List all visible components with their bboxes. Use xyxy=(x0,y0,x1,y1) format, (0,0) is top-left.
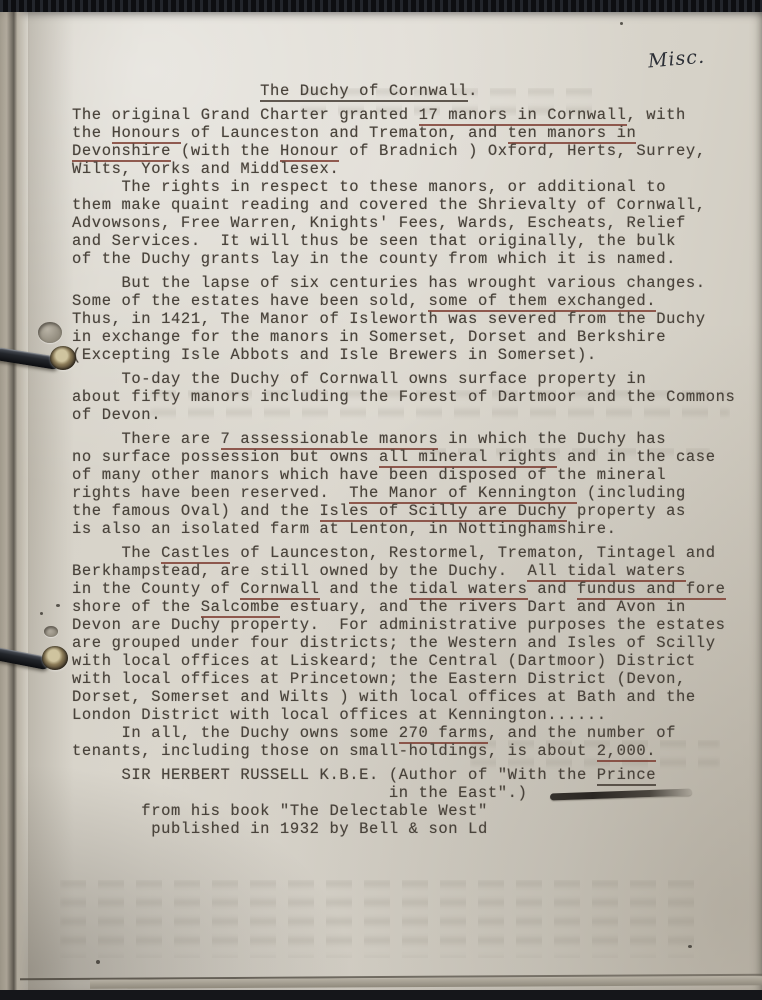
left-page-gutter xyxy=(0,12,30,990)
paragraph-assessionable: There are 7 assessionable manors in whic… xyxy=(72,430,735,538)
text-segment: is also an isolated farm at Lenton, in N… xyxy=(72,520,617,538)
punched-hole-top xyxy=(38,322,62,343)
text-line: But the lapse of six centuries has wroug… xyxy=(72,274,735,292)
text-segment: with local offices at Princetown; the Ea… xyxy=(72,670,686,688)
text-segment: in which the Duchy has xyxy=(438,430,666,448)
text-line: Devon are Duchy property. For administra… xyxy=(72,616,735,634)
text-segment: The Manor of Kennington xyxy=(349,484,577,504)
text-line: are grouped under four districts; the We… xyxy=(72,634,735,652)
text-segment: some of them exchanged. xyxy=(428,292,656,312)
text-segment: ten manors in xyxy=(508,124,637,144)
text-segment: 2,000. xyxy=(597,742,656,762)
text-line: the Honours of Launceston and Trematon, … xyxy=(72,124,735,142)
text-segment: 270 farms xyxy=(399,724,488,744)
text-line: them make quaint reading and covered the… xyxy=(72,196,735,214)
text-line: published in 1932 by Bell & son Ld xyxy=(72,820,735,838)
text-line: is also an isolated farm at Lenton, in N… xyxy=(72,520,735,538)
text-line: The original Grand Charter granted 17 ma… xyxy=(72,106,735,124)
text-segment: All tidal waters xyxy=(527,562,685,582)
paper-speck xyxy=(56,604,60,607)
text-line: with local offices at Liskeard; the Cent… xyxy=(72,652,735,670)
text-segment: 17 manors in Cornwall xyxy=(419,106,627,126)
text-segment: But the lapse of six centuries has wroug… xyxy=(72,274,706,292)
text-segment: from his book "The Delectable West" xyxy=(72,802,488,820)
text-segment: the famous Oval) and the xyxy=(72,502,320,520)
text-segment: , and the number of xyxy=(488,724,676,742)
paragraph-castles: The Castles of Launceston, Restormel, Tr… xyxy=(72,544,735,760)
text-segment: tidal waters xyxy=(409,580,528,600)
text-segment xyxy=(72,82,260,100)
text-line: The Duchy of Cornwall. xyxy=(72,82,735,100)
text-segment: Honour xyxy=(280,142,339,162)
text-segment: Wilts, Yorks and Middlesex. xyxy=(72,160,339,178)
text-line: of the Duchy grants lay in the county fr… xyxy=(72,250,735,268)
text-segment: and xyxy=(528,580,578,598)
text-segment: in the County of xyxy=(72,580,240,598)
text-line: To-day the Duchy of Cornwall owns surfac… xyxy=(72,370,735,388)
punched-hole-bottom xyxy=(44,626,58,637)
text-line: There are 7 assessionable manors in whic… xyxy=(72,430,735,448)
text-segment: of Devon. xyxy=(72,406,161,424)
handwritten-misc-note: Misc. xyxy=(647,46,706,73)
text-segment: tenants, including those on small-holdin… xyxy=(72,742,597,760)
text-segment: rights have been reserved. xyxy=(72,484,349,502)
text-segment: In all, the Duchy owns some xyxy=(72,724,399,742)
text-segment: To-day the Duchy of Cornwall owns surfac… xyxy=(72,370,646,388)
text-segment: of Launceston, Restormel, Trematon, Tint… xyxy=(230,544,715,562)
text-segment: with local offices at Liskeard; the Cent… xyxy=(72,652,696,670)
ring-grommet-top xyxy=(50,346,76,370)
text-line: from his book "The Delectable West" xyxy=(72,802,735,820)
text-segment: Honours xyxy=(112,124,181,144)
text-line: with local offices at Princetown; the Ea… xyxy=(72,670,735,688)
text-line: rights have been reserved. The Manor of … xyxy=(72,484,735,502)
text-segment: of Launceston and Trematon, and xyxy=(181,124,508,142)
text-segment: all mineral rights xyxy=(379,448,557,468)
text-segment: of the Duchy grants lay in the county fr… xyxy=(72,250,676,268)
text-line: tenants, including those on small-holdin… xyxy=(72,742,735,760)
text-line: of many other manors which have been dis… xyxy=(72,466,735,484)
text-line: The rights in respect to these manors, o… xyxy=(72,178,735,196)
text-segment: are grouped under four districts; the We… xyxy=(72,634,716,652)
paper-speck xyxy=(96,960,100,964)
paragraph-changes: But the lapse of six centuries has wroug… xyxy=(72,274,735,364)
text-line: Advowsons, Free Warren, Knights' Fees, W… xyxy=(72,214,735,232)
text-segment xyxy=(72,784,389,802)
text-line: Dorset, Somerset and Wilts ) with local … xyxy=(72,688,735,706)
text-segment: The xyxy=(72,544,161,562)
text-line: the famous Oval) and the Isles of Scilly… xyxy=(72,502,735,520)
ring-grommet-bottom xyxy=(42,646,68,670)
text-segment: , with xyxy=(627,106,686,124)
text-segment: and in the case xyxy=(557,448,715,466)
text-segment: The original Grand Charter granted xyxy=(72,106,419,124)
text-line: Some of the estates have been sold, some… xyxy=(72,292,735,310)
text-line: (Excepting Isle Abbots and Isle Brewers … xyxy=(72,346,735,364)
paper-speck xyxy=(688,945,692,948)
text-segment: Thus, in 1421, The Manor of Isleworth wa… xyxy=(72,310,706,328)
text-segment: Castles xyxy=(161,544,230,564)
text-line: London District with local offices at Ke… xyxy=(72,706,735,724)
document-page: The Duchy of Cornwall.The original Grand… xyxy=(0,12,762,990)
text-segment: fundus and fore xyxy=(577,580,726,600)
text-segment: of many other manors which have been dis… xyxy=(72,466,666,484)
text-line: in the County of Cornwall and the tidal … xyxy=(72,580,735,598)
text-segment: Cornwall xyxy=(240,580,319,600)
text-segment: Salcombe xyxy=(201,598,280,618)
text-segment: Advowsons, Free Warren, Knights' Fees, W… xyxy=(72,214,686,232)
text-line: and Services. It will thus be seen that … xyxy=(72,232,735,250)
text-segment: published in 1932 by Bell & son Ld xyxy=(72,820,488,838)
text-line: no surface possession but owns all miner… xyxy=(72,448,735,466)
text-segment: The rights in respect to these manors, o… xyxy=(72,178,666,196)
paper-speck xyxy=(620,22,623,25)
text-line: Devonshire (with the Honour of Bradnich … xyxy=(72,142,735,160)
text-line: Thus, in 1421, The Manor of Isleworth wa… xyxy=(72,310,735,328)
text-line: in exchange for the manors in Somerset, … xyxy=(72,328,735,346)
text-segment: Berkhampstead, are still owned by the Du… xyxy=(72,562,527,580)
text-segment: shore of the xyxy=(72,598,201,616)
text-segment: . xyxy=(468,82,478,100)
attribution-block: SIR HERBERT RUSSELL K.B.E. (Author of "W… xyxy=(72,766,735,838)
text-line: SIR HERBERT RUSSELL K.B.E. (Author of "W… xyxy=(72,766,735,784)
text-line: of Devon. xyxy=(72,406,735,424)
text-segment: 7 assessionable manors xyxy=(221,430,439,450)
text-line: about fifty manors including the Forest … xyxy=(72,388,735,406)
bleedthrough-smudge xyxy=(60,880,700,958)
left-gutter-shadow xyxy=(28,12,74,990)
binder-spine xyxy=(0,0,762,12)
text-segment: Isles of Scilly are Duchy xyxy=(320,502,568,522)
text-segment: Devon are Duchy property. For administra… xyxy=(72,616,726,634)
text-segment: Dorset, Somerset and Wilts ) with local … xyxy=(72,688,696,706)
text-segment: and Services. It will thus be seen that … xyxy=(72,232,676,250)
text-segment: (Excepting Isle Abbots and Isle Brewers … xyxy=(72,346,597,364)
text-segment: Some of the estates have been sold, xyxy=(72,292,428,310)
text-line: shore of the Salcombe estuary, and the r… xyxy=(72,598,735,616)
text-segment: the xyxy=(72,124,112,142)
text-segment: There are xyxy=(72,430,221,448)
paragraph-today: To-day the Duchy of Cornwall owns surfac… xyxy=(72,370,735,424)
text-segment: of Bradnich ) Oxford, Herts, Surrey, xyxy=(339,142,705,160)
text-segment: (with the xyxy=(171,142,280,160)
text-segment: (including xyxy=(577,484,686,502)
text-line: In all, the Duchy owns some 270 farms, a… xyxy=(72,724,735,742)
text-segment: The Duchy of Cornwall xyxy=(260,82,468,102)
paragraph-grand-charter: The original Grand Charter granted 17 ma… xyxy=(72,106,735,268)
text-segment: in the East".) xyxy=(389,784,528,802)
text-segment: SIR HERBERT RUSSELL K.B.E. (Author of "W… xyxy=(72,766,597,784)
text-segment: no surface possession but owns xyxy=(72,448,379,466)
text-segment: them make quaint reading and covered the… xyxy=(72,196,706,214)
text-segment: London District with local offices at Ke… xyxy=(72,706,607,724)
document-body: The Duchy of Cornwall.The original Grand… xyxy=(72,82,735,844)
text-line: Wilts, Yorks and Middlesex. xyxy=(72,160,735,178)
text-segment: about fifty manors including the Forest … xyxy=(72,388,735,406)
paper-speck xyxy=(40,612,43,615)
text-segment: estuary, and the rivers Dart and Avon in xyxy=(280,598,686,616)
text-line: The Castles of Launceston, Restormel, Tr… xyxy=(72,544,735,562)
text-line: Berkhampstead, are still owned by the Du… xyxy=(72,562,735,580)
text-segment: Prince xyxy=(597,766,656,786)
document-title: The Duchy of Cornwall. xyxy=(72,82,735,100)
binder-page-photo: The Duchy of Cornwall.The original Grand… xyxy=(0,0,762,1000)
text-segment: in exchange for the manors in Somerset, … xyxy=(72,328,666,346)
text-segment: property as xyxy=(567,502,686,520)
text-segment: and the xyxy=(320,580,409,598)
text-segment: Devonshire xyxy=(72,142,171,162)
